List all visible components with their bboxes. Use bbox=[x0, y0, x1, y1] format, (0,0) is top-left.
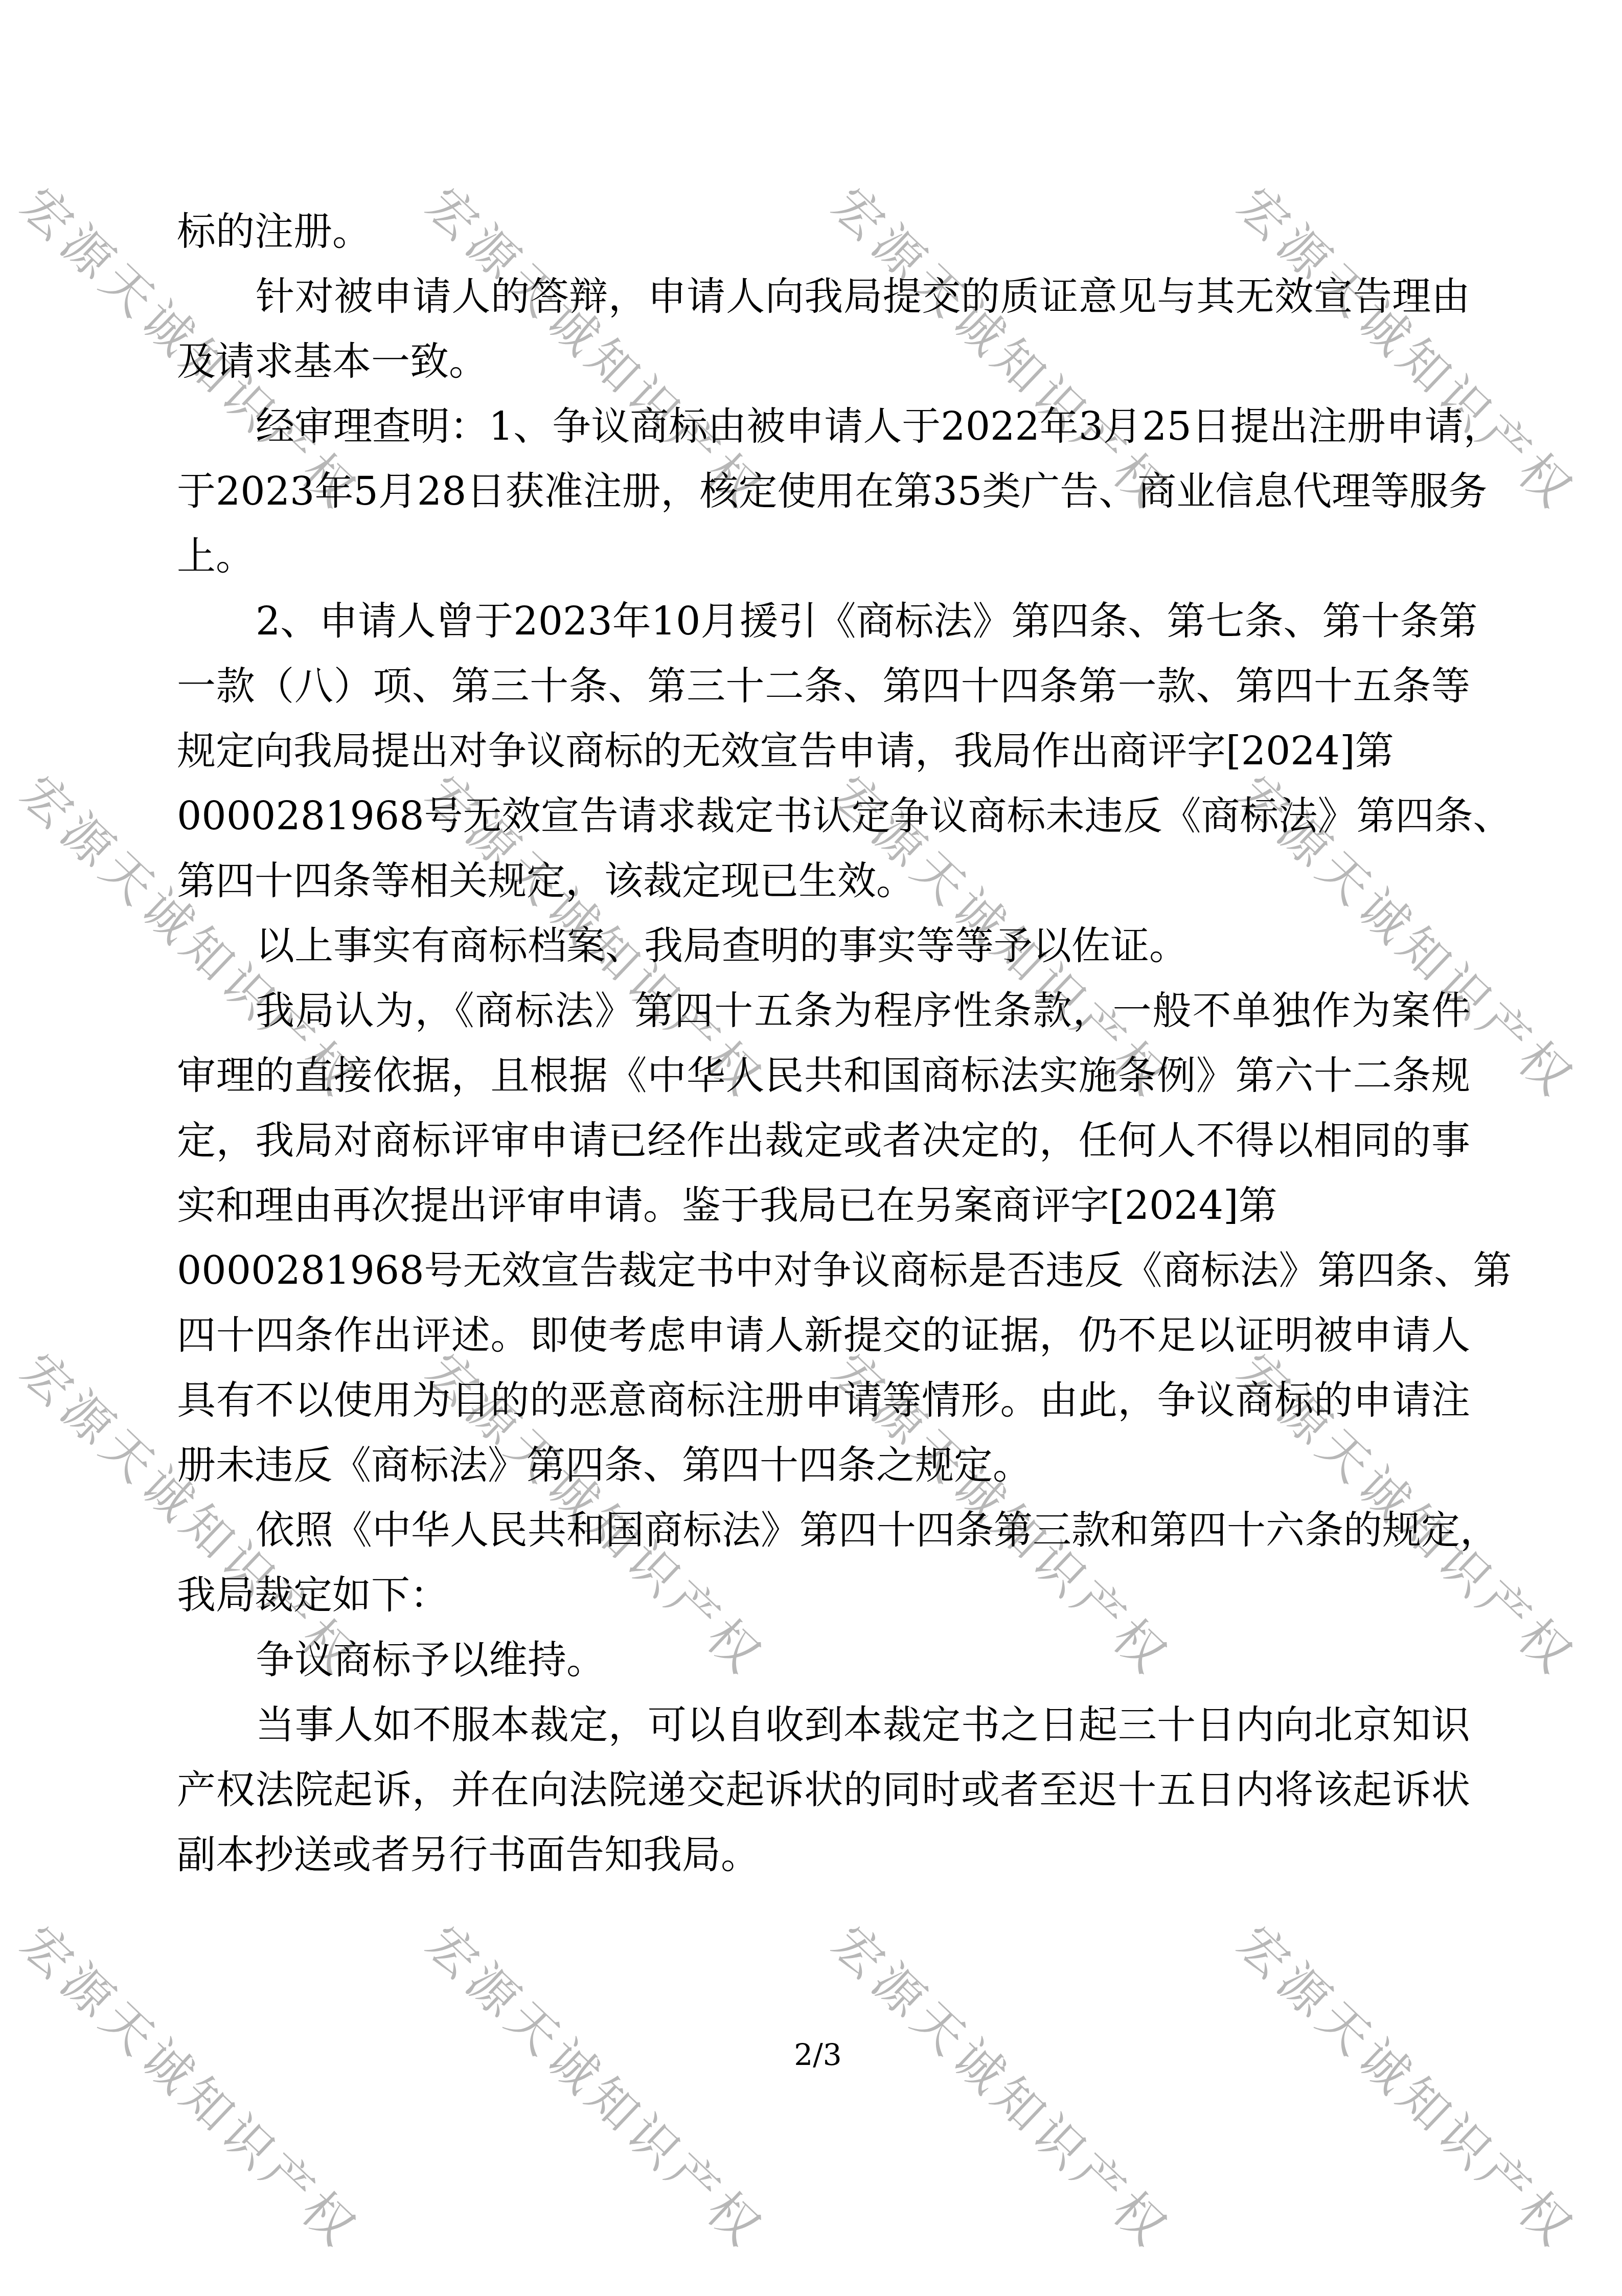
watermark: 宏源天诚知识产权 bbox=[414, 1907, 782, 2262]
watermark: 宏源天诚知识产权 bbox=[1225, 1907, 1593, 2262]
text-line: 实和理由再次提出评审申请。鉴于我局已在另案商评字[2024]第 bbox=[177, 1180, 1470, 1231]
text-line: 副本抄送或者另行书面告知我局。 bbox=[177, 1829, 1470, 1880]
text-line: 定，我局对商标评审申请已经作出裁定或者决定的，任何人不得以相同的事 bbox=[177, 1115, 1470, 1166]
text-line: 依照《中华人民共和国商标法》第四十四条第三款和第四十六条的规定， bbox=[177, 1505, 1470, 1556]
text-line: 审理的直接依据，且根据《中华人民共和国商标法实施条例》第六十二条规 bbox=[177, 1050, 1470, 1101]
text-line: 我局认为，《商标法》第四十五条为程序性条款，一般不单独作为案件 bbox=[177, 985, 1470, 1036]
text-line: 以上事实有商标档案、我局查明的事实等等予以佐证。 bbox=[177, 920, 1470, 971]
text-line: 具有不以使用为目的的恶意商标注册申请等情形。由此，争议商标的申请注 bbox=[177, 1375, 1470, 1426]
watermark: 宏源天诚知识产权 bbox=[819, 1907, 1188, 2262]
text-line: 标的注册。 bbox=[177, 206, 1470, 257]
text-line: 册未违反《商标法》第四条、第四十四条之规定。 bbox=[177, 1440, 1470, 1491]
text-line: 0000281968号无效宣告裁定书中对争议商标是否违反《商标法》第四条、第 bbox=[177, 1245, 1470, 1296]
text-line: 针对被申请人的答辩，申请人向我局提交的质证意见与其无效宣告理由 bbox=[177, 271, 1470, 322]
text-line: 经审理查明：1、争议商标由被申请人于2022年3月25日提出注册申请， bbox=[177, 401, 1470, 452]
text-line: 及请求基本一致。 bbox=[177, 336, 1470, 387]
page-number: 2/3 bbox=[767, 2037, 869, 2072]
text-line: 上。 bbox=[177, 531, 1470, 582]
text-line: 2、申请人曾于2023年10月援引《商标法》第四条、第七条、第十条第 bbox=[177, 596, 1470, 647]
text-line: 当事人如不服本裁定，可以自收到本裁定书之日起三十日内向北京知识 bbox=[177, 1699, 1470, 1751]
document-page: 宏源天诚知识产权 宏源天诚知识产权 宏源天诚知识产权 宏源天诚知识产权 宏源天诚… bbox=[0, 0, 1622, 2296]
text-line: 第四十四条等相关规定，该裁定现已生效。 bbox=[177, 855, 1470, 906]
text-line: 于2023年5月28日获准注册，核定使用在第35类广告、商业信息代理等服务 bbox=[177, 466, 1470, 517]
text-line: 产权法院起诉，并在向法院递交起诉状的同时或者至迟十五日内将该起诉状 bbox=[177, 1764, 1470, 1815]
text-line: 规定向我局提出对争议商标的无效宣告申请，我局作出商评字[2024]第 bbox=[177, 725, 1470, 777]
text-line: 争议商标予以维持。 bbox=[177, 1634, 1470, 1686]
text-line: 四十四条作出评述。即使考虑申请人新提交的证据，仍不足以证明被申请人 bbox=[177, 1310, 1470, 1361]
watermark: 宏源天诚知识产权 bbox=[8, 1907, 377, 2262]
text-line: 一款（八）项、第三十条、第三十二条、第四十四条第一款、第四十五条等 bbox=[177, 661, 1470, 712]
text-line: 0000281968号无效宣告请求裁定书认定争议商标未违反《商标法》第四条、 bbox=[177, 790, 1470, 842]
text-line: 我局裁定如下： bbox=[177, 1570, 1470, 1621]
